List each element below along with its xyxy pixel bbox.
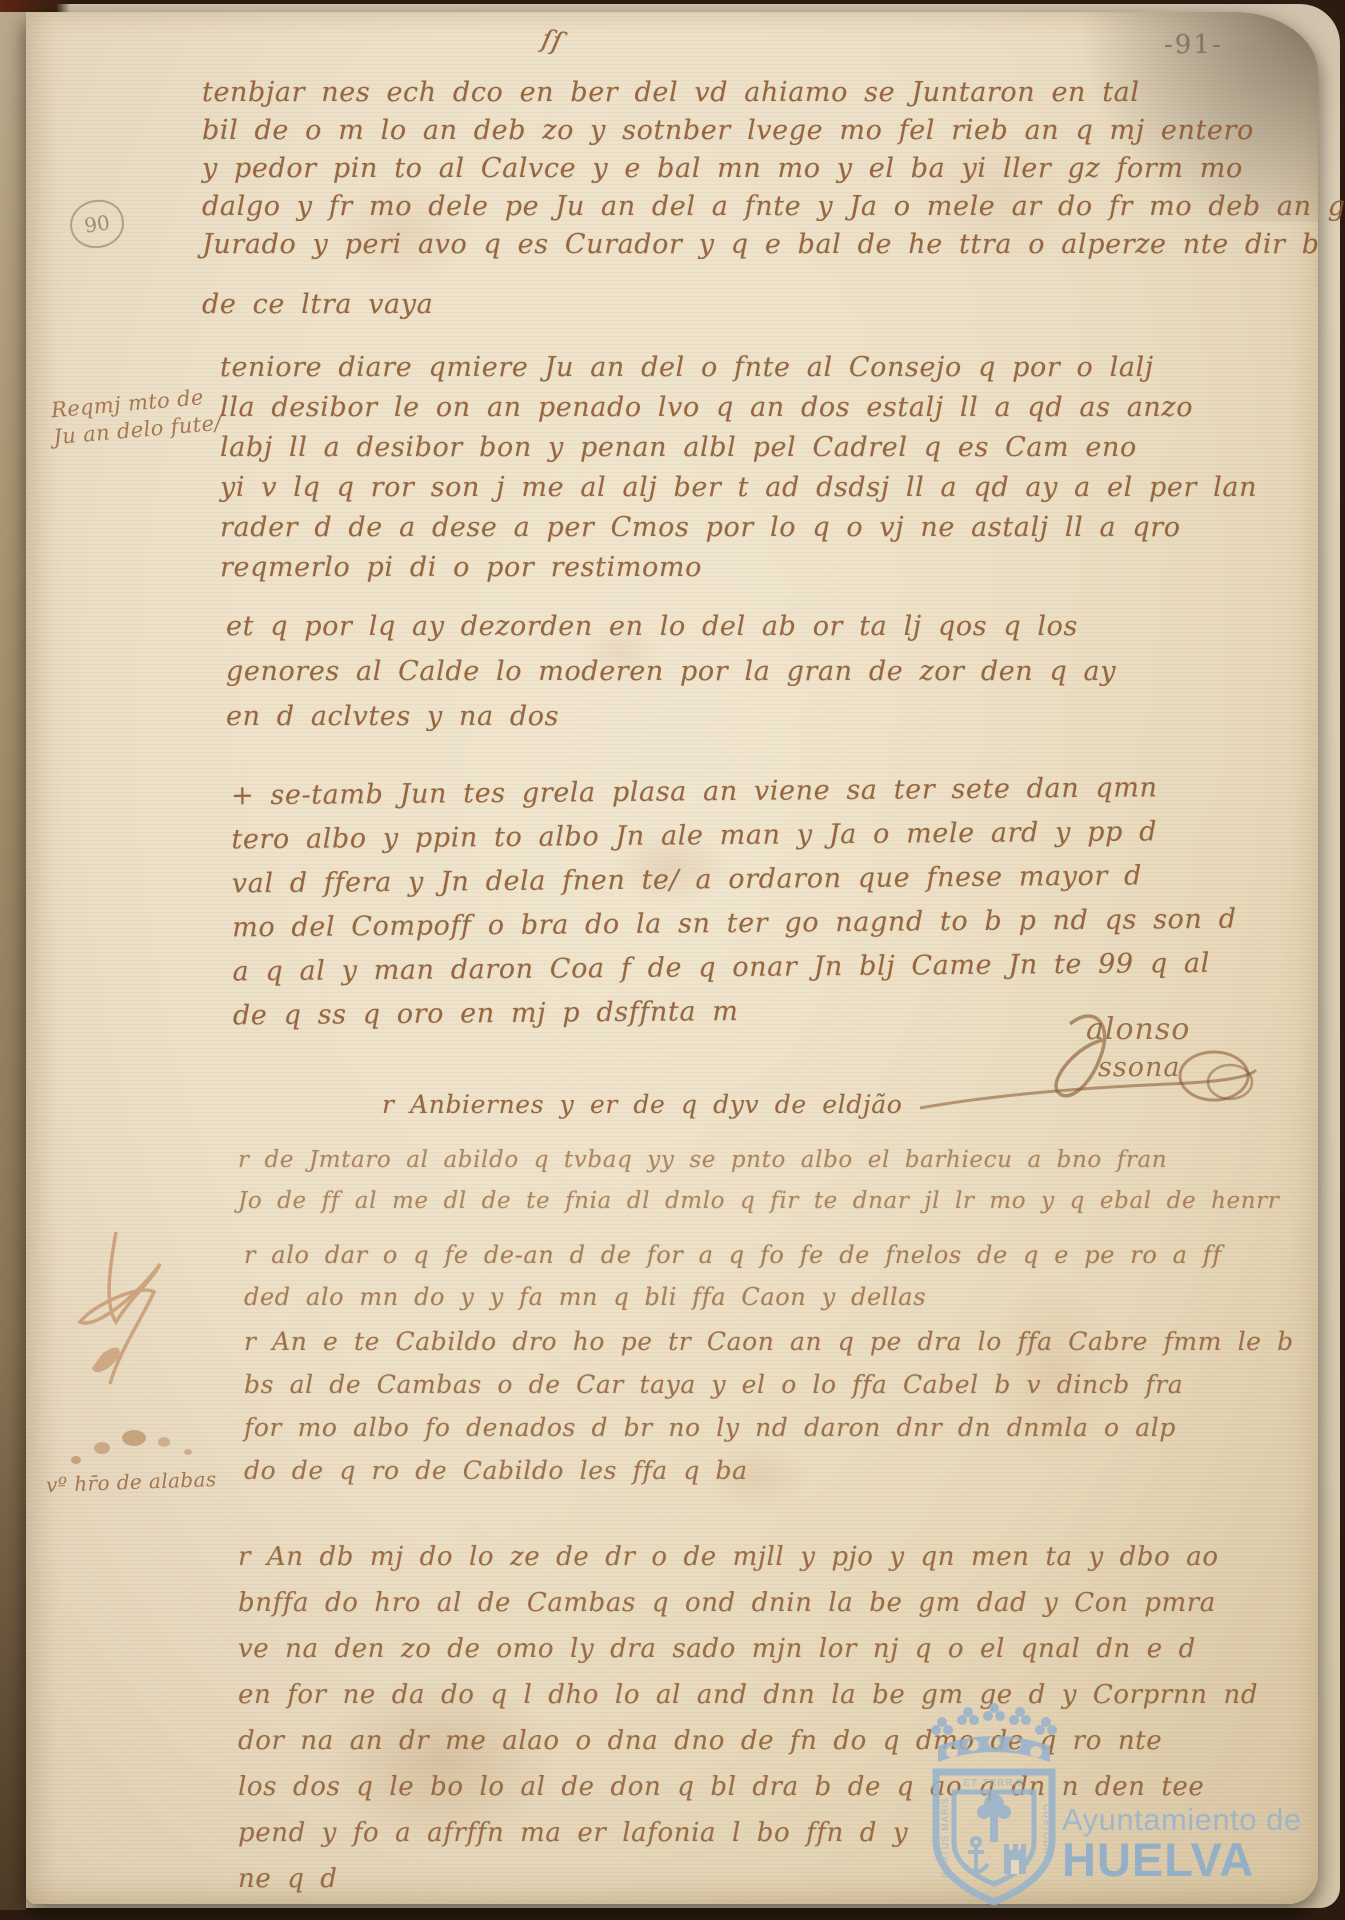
handwritten-line: dalgo y fr mo dele pe Ju an del a fnte y… [202,188,1345,226]
handwritten-line: a q al y man daron Coa f de q onar Jn bl… [232,942,1237,995]
handwritten-line: bs al de Cambas o de Car taya y el o lo … [244,1363,1294,1406]
handwritten-line: de ce ltra vaya [202,286,1345,324]
page-number-pencil: -91- [1164,30,1223,60]
handwritten-line: y pedor pin to al Calvce y e bal mn mo y… [202,150,1345,188]
watermark-city-name: HUELVA [1062,1832,1254,1887]
handwritten-line: ded alo mn do y y fa mn q bli ffa Caon y… [244,1276,1222,1318]
handwritten-line: r An db mj do lo ze de dr o de mjll y pj… [238,1534,1258,1580]
handwritten-line: en d aclvtes y na dos [226,694,1116,739]
handwritten-line: bnffa do hro al de Cambas q ond dnin la … [238,1580,1258,1626]
handwritten-line: genores al Calde lo moderen por la gran … [226,649,1116,694]
handwritten-line: rader d de a dese a per Cmos por lo q o … [220,508,1257,548]
handwritten-line: teniore diare qmiere Ju an del o fnte al… [220,348,1257,388]
handwritten-paragraph-3: et q por lq ay dezorden en lo del ab or … [226,604,1116,739]
signature-name: alonso [1086,1012,1190,1047]
handwritten-line: en for ne da do q l dho lo al and dnn la… [238,1672,1258,1718]
handwritten-line: labj ll a desibor bon y penan albl pel C… [220,428,1257,468]
handwritten-line: dor na an dr me alao o dna dno de fn do … [238,1718,1258,1764]
handwritten-line: tenbjar nes ech dco en ber del vd ahiamo… [202,74,1345,112]
handwritten-line: ve na den zo de omo ly dra sado mjn lor … [238,1626,1258,1672]
handwritten-line: r alo dar o q fe de-an d de for a q fo f… [244,1234,1222,1276]
book-binding [0,0,26,1910]
handwritten-line: reqmerlo pi di o por restimomo [220,548,1257,588]
handwritten-line: do de q ro de Cabildo les ffa q ba [244,1449,1294,1492]
handwritten-paragraph-5: r de Jmtaro al abildo q tvbaq yy se pnto… [238,1140,1279,1222]
handwritten-line: for mo albo fo denados d br no ly nd dar… [244,1406,1294,1449]
book-cover-edge [0,0,70,12]
handwritten-paragraph-4: + se-tamb Jun tes grela plasa an viene s… [231,766,1238,1039]
session-date-heading: r Anbiernes y er de q dyv de eldjão [382,1090,902,1119]
foliation-number: 90 [83,210,112,237]
handwritten-line: lla desibor le on an penado lvo q an dos… [220,388,1257,428]
handwritten-paragraph-1: tenbjar nes ech dco en ber del vd ahiamo… [202,74,1345,324]
handwritten-paragraph-6: r alo dar o q fe de-an d de for a q fo f… [244,1234,1222,1318]
handwritten-line: Jurado y peri avo q es Curador y q e bal… [202,226,1345,264]
handwritten-line: bil de o m lo an deb zo y sotnber lvege … [202,112,1345,150]
handwritten-paragraph-2: teniore diare qmiere Ju an del o fnte al… [220,348,1257,588]
handwritten-line: r An e te Cabildo dro ho pe tr Caon an q… [244,1320,1294,1363]
signature-surname: ssona [1098,1052,1180,1083]
handwritten-line: yi v lq q ror son j me al alj ber t ad d… [220,468,1257,508]
handwritten-line: Jo de ff al me dl de te fnia dl dmlo q f… [238,1181,1279,1222]
handwritten-line: r de Jmtaro al abildo q tvbaq yy se pnto… [238,1140,1279,1181]
handwritten-paragraph-7: r An e te Cabildo dro ho pe tr Caon an q… [244,1320,1294,1492]
manuscript-scan: -91- ſſ 90 Reqmj mto de Ju an delo fute/… [0,0,1345,1920]
handwritten-line: et q por lq ay dezorden en lo del ab or … [226,604,1116,649]
